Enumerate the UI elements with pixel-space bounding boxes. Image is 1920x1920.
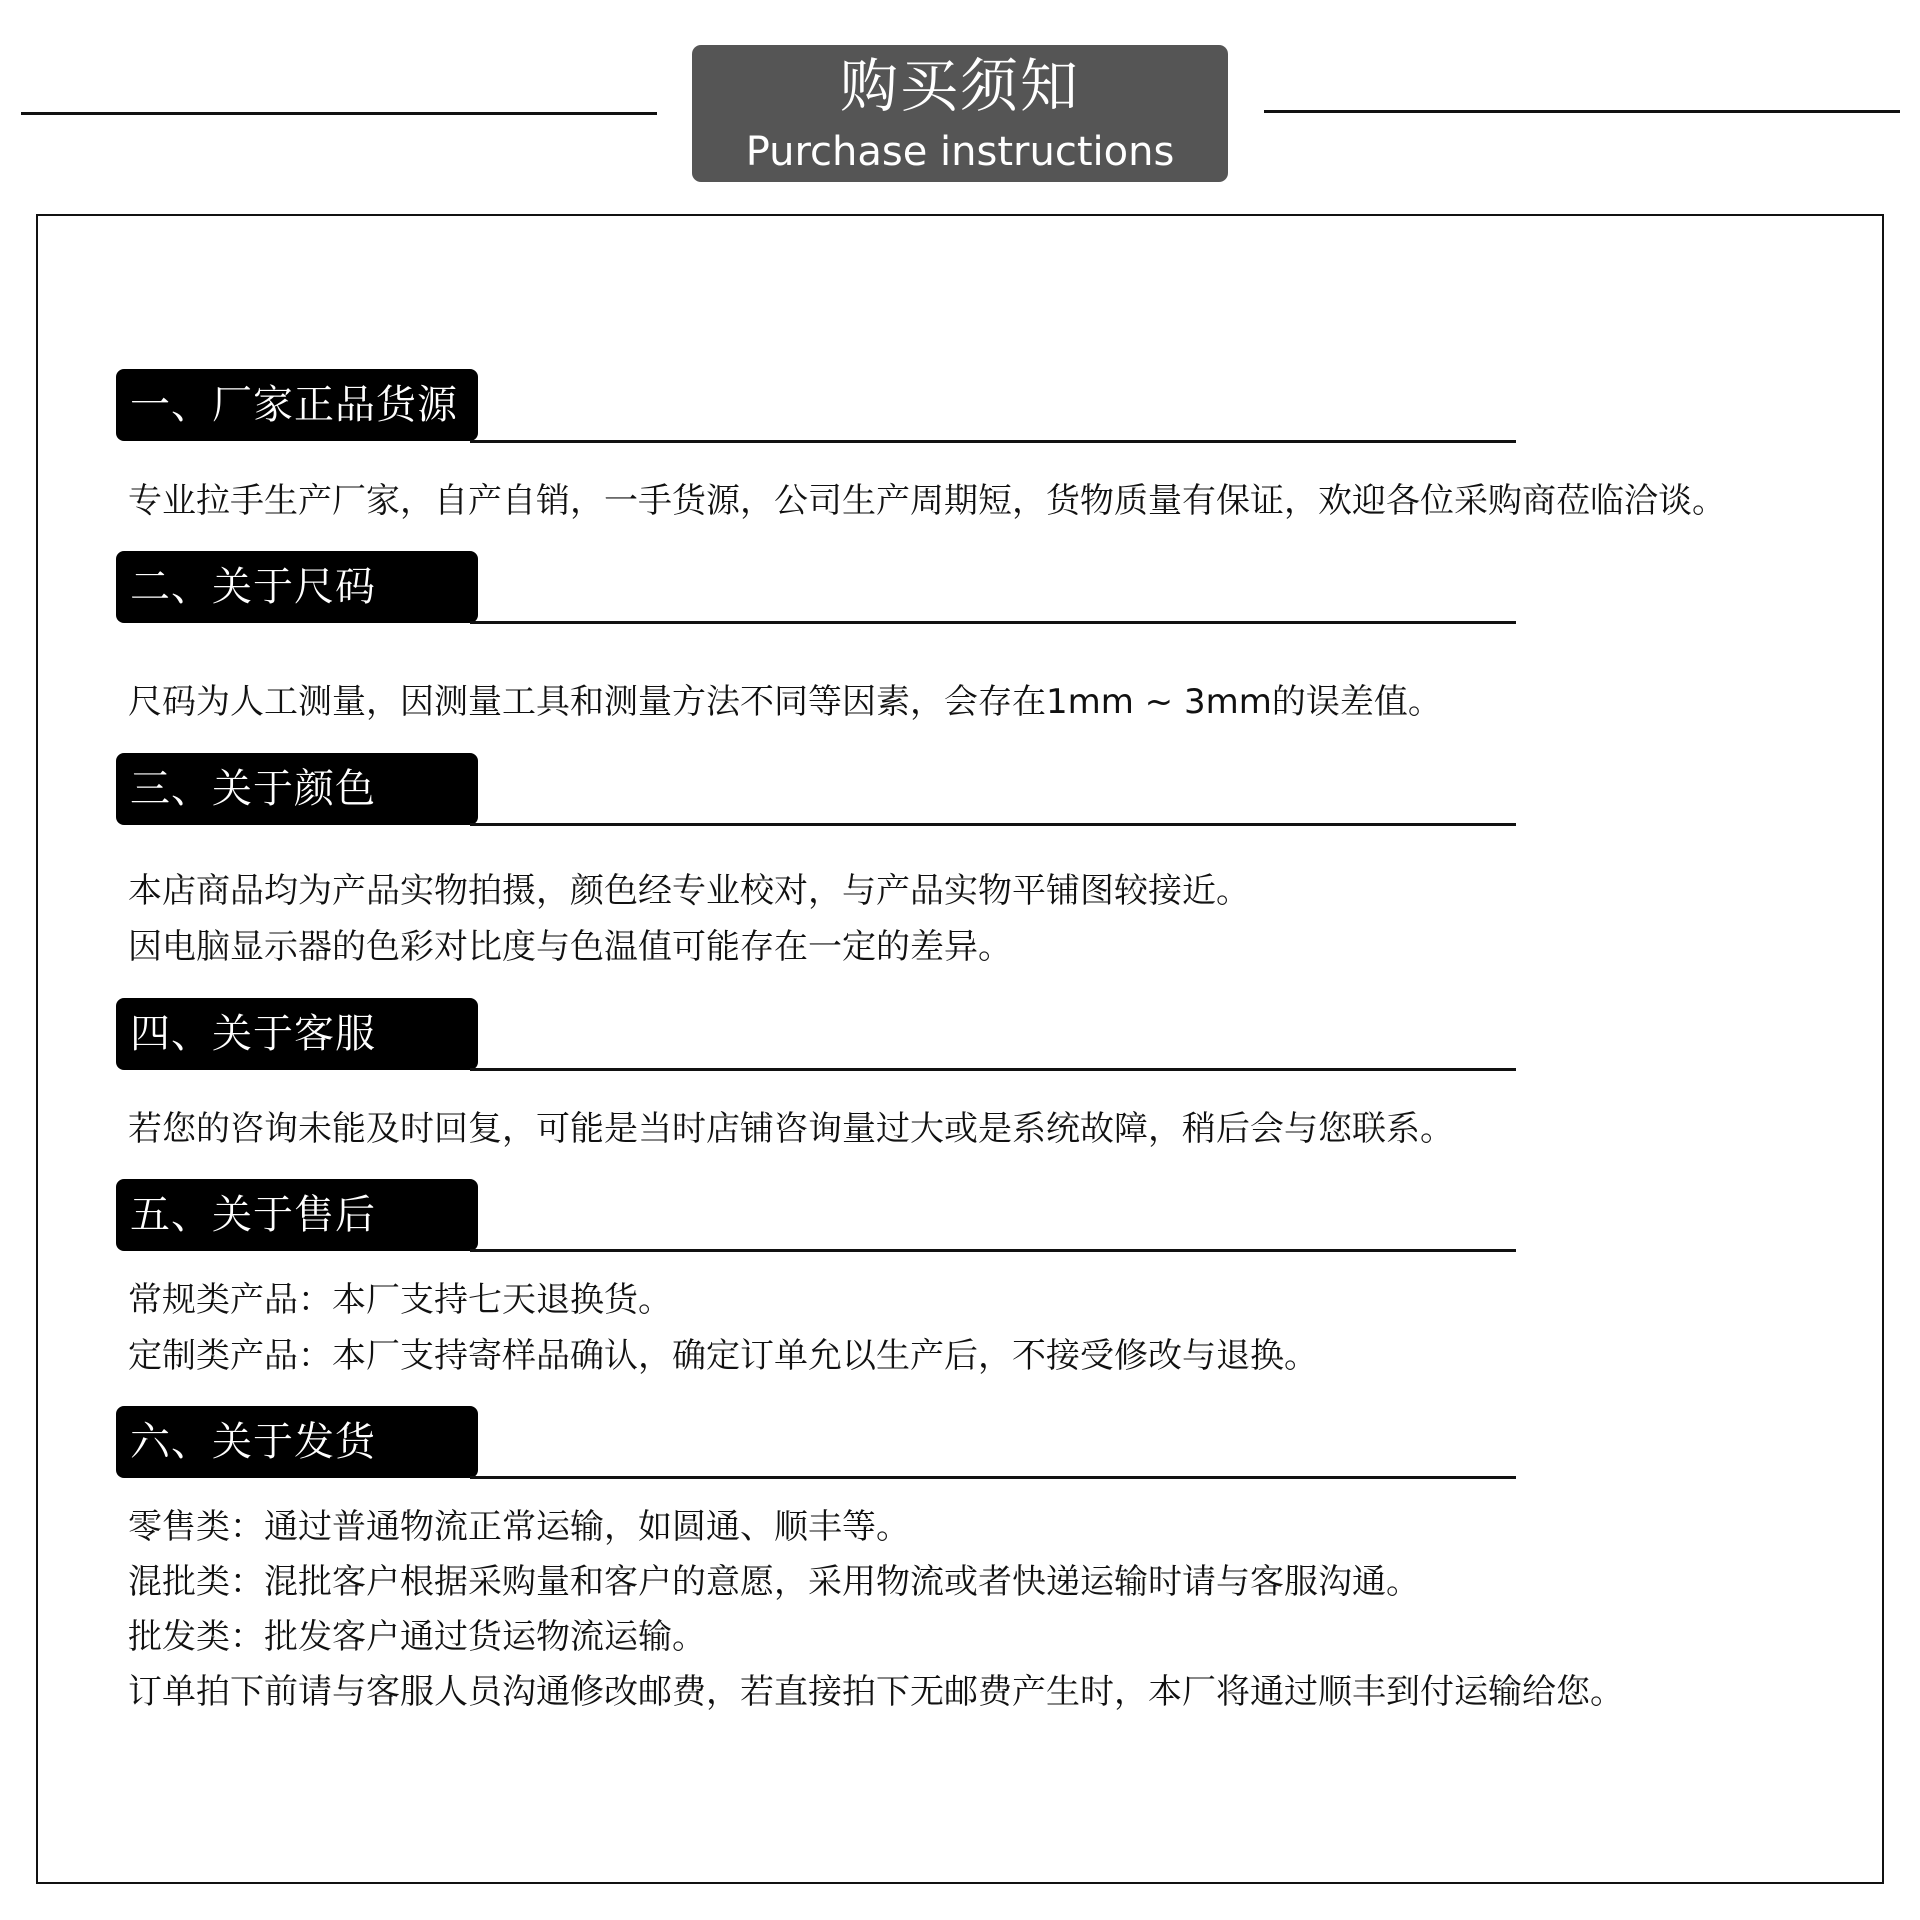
section-underline [470, 621, 1516, 624]
section-text: 若您的咨询未能及时回复，可能是当时店铺咨询量过大或是系统故障，稍后会与您联系。 [128, 1107, 1454, 1151]
section-heading-service: 四、关于客服 [116, 998, 478, 1070]
header-left-rule [21, 112, 657, 115]
section-heading-color: 三、关于颜色 [116, 753, 478, 825]
section-underline [470, 440, 1516, 443]
section-text: 常规类产品：本厂支持七天退换货。 [128, 1278, 672, 1322]
section-heading-shipping: 六、关于发货 [116, 1406, 478, 1478]
section-heading-after-sales: 五、关于售后 [116, 1179, 478, 1251]
section-heading-source: 一、厂家正品货源 [116, 369, 478, 441]
section-underline [470, 1249, 1516, 1252]
section-underline [470, 1476, 1516, 1479]
section-heading-size: 二、关于尺码 [116, 551, 478, 623]
section-text: 混批类：混批客户根据采购量和客户的意愿，采用物流或者快递运输时请与客服沟通。 [128, 1560, 1420, 1604]
page-title-en: Purchase instructions [692, 129, 1228, 175]
section-text: 批发类：批发客户通过货运物流运输。 [128, 1615, 706, 1659]
section-text: 零售类：通过普通物流正常运输，如圆通、顺丰等。 [128, 1505, 910, 1549]
page-title-banner: 购买须知 Purchase instructions [692, 45, 1228, 182]
header-right-rule [1264, 110, 1900, 113]
section-text: 订单拍下前请与客服人员沟通修改邮费，若直接拍下无邮费产生时，本厂将通过顺丰到付运… [128, 1670, 1624, 1714]
section-underline [470, 823, 1516, 826]
section-text: 尺码为人工测量，因测量工具和测量方法不同等因素，会存在1mm ~ 3mm的误差值… [128, 680, 1442, 724]
section-text: 定制类产品：本厂支持寄样品确认，确定订单允以生产后，不接受修改与退换。 [128, 1334, 1318, 1378]
page-title-cn: 购买须知 [692, 51, 1228, 121]
section-text: 本店商品均为产品实物拍摄，颜色经专业校对，与产品实物平铺图较接近。 [128, 869, 1250, 913]
section-text: 专业拉手生产厂家，自产自销，一手货源，公司生产周期短，货物质量有保证，欢迎各位采… [128, 479, 1726, 523]
section-underline [470, 1068, 1516, 1071]
section-text: 因电脑显示器的色彩对比度与色温值可能存在一定的差异。 [128, 925, 1012, 969]
